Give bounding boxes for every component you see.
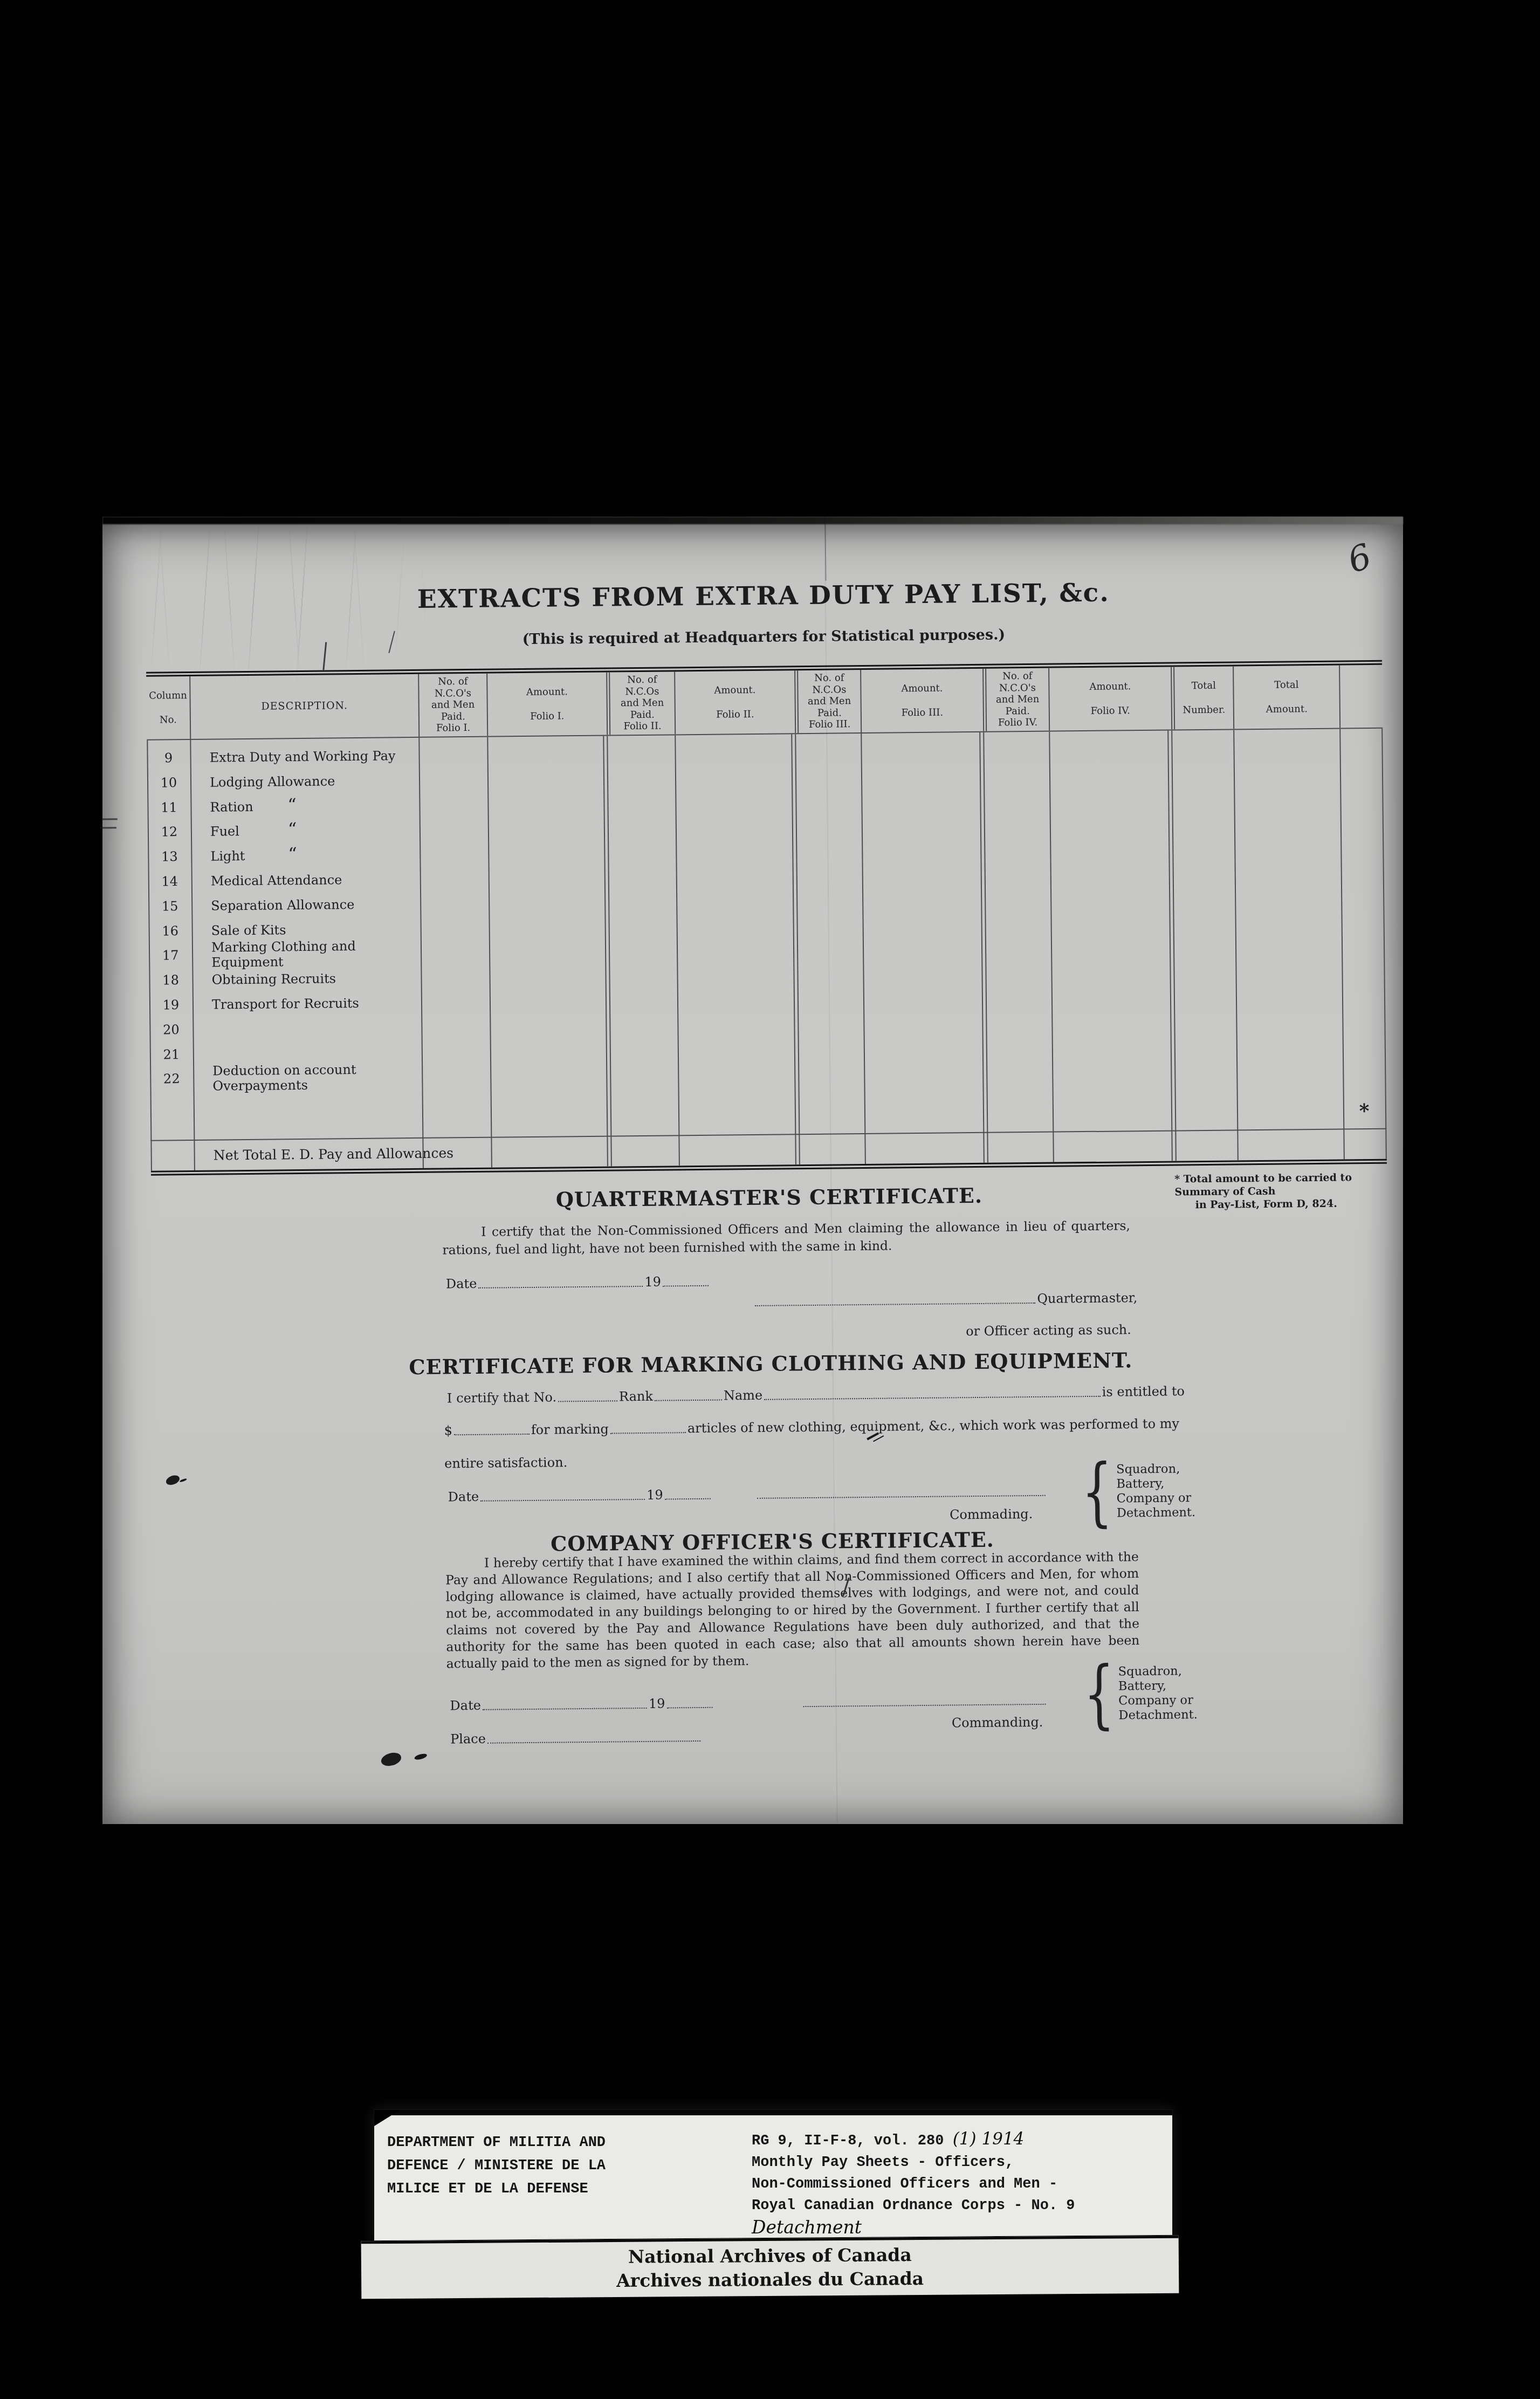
dollar-label: $ [444, 1423, 452, 1438]
row-number: 21 [150, 1047, 193, 1063]
table-row: 15Separation Allowance [148, 892, 420, 919]
row-description-text: Separation Allowance [211, 897, 354, 914]
table-row: 17Marking Clothing and Equipment [149, 941, 421, 968]
marking-line-2: $for markingarticles of new clothing, eq… [444, 1414, 1179, 1438]
table-row: 11Ration“ [147, 793, 419, 820]
table-row: 12Fuel“ [148, 817, 420, 845]
asterisk-mark: * [1343, 1100, 1385, 1123]
document-title: EXTRACTS FROM EXTRA DUTY PAY LIST, &c. [146, 575, 1381, 617]
row-description [192, 1027, 421, 1030]
row-number: 14 [148, 874, 191, 889]
national-archives-band: National Archives of Canada Archives nat… [361, 2236, 1179, 2299]
marking-line-3: entire satisfaction. [444, 1455, 567, 1471]
dollar-fill-line [454, 1421, 530, 1435]
row-description: Light“ [191, 847, 420, 864]
document-subtitle: (This is required at Headquarters for St… [146, 623, 1381, 652]
no-fill-line [558, 1387, 617, 1402]
margin-pen-mark [101, 818, 118, 820]
row-description-text: Light [210, 848, 245, 864]
table-row: 10Lodging Allowance [147, 768, 419, 796]
table-header-row: Column No. DESCRIPTION. No. of N.C.O's a… [146, 660, 1383, 741]
column-header-ncos-folio1: No. of N.C.O's and Men Paid. Folio I. [418, 674, 487, 737]
company-commanding-label: Commanding. [952, 1715, 1043, 1731]
archive-typed-label: DEPARTMENT OF MILITIA AND DEFENCE / MINI… [374, 2110, 1172, 2243]
quartermaster-certificate-body: I certify that the Non-Commissioned Offi… [442, 1217, 1131, 1259]
year-fill-line [666, 1694, 712, 1709]
row-description-text: Extra Duty and Working Pay [209, 748, 395, 765]
table-row: 18Obtaining Recruits [149, 965, 421, 993]
table-row: 19Transport for Recruits [149, 990, 421, 1018]
name-label: Name [724, 1388, 763, 1403]
marking-line-1: I certify that No.RankNameis entitled to [447, 1382, 1185, 1406]
marking-line2-text: articles of new clothing, equipment, &c.… [687, 1416, 1179, 1436]
detachment-handwritten: Detachment [752, 2217, 1075, 2238]
net-total-row: Net Total E. D. Pay and Allowances [150, 1128, 1386, 1171]
row-description-text: Marking Clothing and Equipment [211, 938, 356, 970]
rg-number-typed: RG 9, II-F-8, vol. 280 [752, 2133, 944, 2149]
marking-unit-options: { Squadron, Battery, Company or Detachme… [1073, 1454, 1195, 1529]
column-header-amount-folio2: Amount. Folio II. [674, 670, 795, 734]
company-signature-line [801, 1691, 1047, 1710]
place-fill-line [487, 1728, 700, 1744]
quartermaster-signature-line: Quartermaster, [753, 1288, 1137, 1309]
table-row: 20 [149, 1015, 421, 1043]
marking-date-line: Date19 [448, 1485, 712, 1505]
company-certificate-body: I hereby certify that I have examined th… [445, 1548, 1140, 1672]
entitled-label: is entitled to [1102, 1383, 1185, 1399]
year-fill-line [663, 1272, 709, 1287]
row-description: Transport for Recruits [192, 995, 421, 1012]
ink-blot [380, 1751, 403, 1768]
row-description-text: Ration [210, 799, 253, 815]
table-row: 9Extra Duty and Working Pay [147, 743, 418, 771]
date-label: Date [450, 1698, 481, 1713]
column-header-blank [1339, 665, 1383, 728]
label-line-1: RG 9, II-F-8, vol. 280 (1) 1914 [752, 2128, 1075, 2152]
for-marking-label: for marking [531, 1422, 609, 1437]
table-row: 13Light“ [148, 842, 420, 869]
rank-label: Rank [619, 1389, 653, 1404]
column-header-ncos-folio4: No. of N.C.O's and Men Paid. Folio IV. [982, 668, 1049, 731]
row-description-text: Lodging Allowance [210, 773, 335, 790]
row-number: 15 [148, 899, 191, 914]
row-description: Fuel“ [191, 822, 420, 839]
record-group-label: RG 9, II-F-8, vol. 280 (1) 1914 Monthly … [752, 2128, 1075, 2238]
column-header-amount-folio1: Amount. Folio I. [486, 673, 607, 736]
rank-fill-line [655, 1387, 722, 1401]
company-place-line: Place [450, 1728, 702, 1746]
curly-brace: { [1081, 1455, 1112, 1530]
archives-name-french: Archives nationales du Canada [361, 2265, 1179, 2295]
row-number: 9 [147, 750, 190, 766]
fold-crease-mark [824, 516, 826, 581]
row-description: Extra Duty and Working Pay [190, 748, 418, 765]
quartermaster-date-line: Date19 [446, 1272, 710, 1292]
name-fill-line [764, 1383, 1101, 1400]
year-label: 19 [644, 1274, 661, 1290]
document-content: 6 EXTRACTS FROM EXTRA DUTY PAY LIST, &c.… [96, 510, 1409, 1830]
signature-fill-line [755, 1290, 1035, 1306]
row-number: 22 [150, 1071, 193, 1087]
marking-commanding-label: Commading. [950, 1506, 1033, 1522]
table-body: 9Extra Duty and Working Pay 10Lodging Al… [147, 729, 1387, 1176]
row-number: 20 [149, 1022, 192, 1038]
torn-corner [374, 2110, 400, 2126]
row-number: 19 [149, 997, 192, 1013]
quartermaster-caption: Quartermaster, [1037, 1290, 1137, 1306]
label-line-3: Non-Commissioned Officers and Men - [752, 2174, 1075, 2195]
pay-list-table: Column No. DESCRIPTION. No. of N.C.O's a… [146, 660, 1387, 1176]
date-fill-line [480, 1486, 645, 1502]
row-description: Lodging Allowance [190, 773, 419, 790]
articles-fill-line [610, 1419, 686, 1434]
table-row: 14Medical Attendance [148, 867, 420, 894]
date-label: Date [448, 1489, 479, 1505]
row-number: 10 [147, 775, 190, 791]
company-date-line: Date19 [450, 1694, 714, 1713]
page-number-handwritten: 6 [1343, 537, 1376, 581]
ink-blot [164, 1473, 181, 1486]
signature-fill-line [757, 1482, 1046, 1499]
row-description-text: Fuel [210, 824, 239, 839]
column-header-total-number: Total Number. [1171, 666, 1233, 729]
row-description: Medical Attendance [191, 872, 420, 889]
table-row: 22Deduction on account Overpayments [150, 1064, 422, 1092]
net-total-label: Net Total E. D. Pay and Allowances [194, 1146, 442, 1163]
row-number: 12 [148, 824, 191, 840]
department-label-text: DEPARTMENT OF MILITIA AND DEFENCE / MINI… [387, 2131, 606, 2201]
column-header-description: DESCRIPTION. [189, 674, 418, 739]
marking-certificate-title: CERTIFICATE FOR MARKING CLOTHING AND EQU… [153, 1346, 1388, 1382]
document-page: 6 EXTRACTS FROM EXTRA DUTY PAY LIST, &c.… [102, 517, 1403, 1824]
row-number: 11 [147, 800, 190, 815]
column-header-column-no: Column No. [146, 676, 190, 739]
row-number: 13 [148, 849, 191, 865]
row-description: Sale of Kits [192, 921, 421, 938]
row-description-text: Medical Attendance [211, 872, 342, 888]
row-number: 18 [149, 972, 192, 988]
label-line-4: Royal Canadian Ordnance Corps - No. 9 [752, 2195, 1075, 2217]
year-fill-line [665, 1485, 711, 1500]
year-label: 19 [647, 1488, 663, 1503]
column-header-total-amount: Total Amount. [1233, 666, 1339, 729]
quartermaster-subcaption: or Officer acting as such. [754, 1322, 1131, 1341]
volume-handwritten: (1) 1914 [953, 2129, 1025, 2149]
row-description: Separation Allowance [191, 896, 420, 914]
ditto-mark: “ [288, 844, 296, 864]
date-label: Date [446, 1276, 477, 1292]
place-label: Place [450, 1731, 486, 1747]
label-line-2: Monthly Pay Sheets - Officers, [752, 2152, 1075, 2174]
row-description-text: Deduction on account Overpayments [212, 1062, 356, 1094]
row-description-text: Transport for Recruits [212, 996, 359, 1012]
signature-fill-line [803, 1691, 1046, 1707]
curly-brace: { [1083, 1657, 1115, 1732]
ditto-mark: “ [288, 819, 296, 839]
company-unit-options: { Squadron, Battery, Company or Detachme… [1075, 1656, 1198, 1731]
row-description-text: Obtaining Recruits [211, 971, 336, 987]
row-description [193, 1052, 422, 1054]
column-header-amount-folio3: Amount. Folio III. [860, 669, 983, 732]
marking-signature-line [755, 1482, 1047, 1502]
row-description: Obtaining Recruits [192, 970, 421, 988]
date-fill-line [483, 1695, 647, 1710]
net-total-number-cell [151, 1155, 194, 1156]
row-description-text: Sale of Kits [211, 922, 286, 938]
scanner-background: 6 EXTRACTS FROM EXTRA DUTY PAY LIST, &c.… [0, 0, 1540, 2399]
unit-options-text: Squadron, Battery, Company or Detachment… [1116, 1462, 1195, 1520]
row-number: 16 [149, 923, 192, 939]
certify-no-label: I certify that No. [447, 1390, 556, 1406]
year-label: 19 [649, 1696, 665, 1711]
column-header-ncos-folio2: No. of N.C.Os and Men Paid. Folio II. [606, 671, 675, 735]
column-header-ncos-folio3: No. of N.C.Os and Men Paid. Folio III. [794, 670, 861, 733]
row-number: 17 [149, 948, 192, 963]
date-fill-line [478, 1273, 643, 1288]
unit-options-text: Squadron, Battery, Company or Detachment… [1118, 1664, 1198, 1723]
row-description: Ration“ [190, 798, 419, 815]
column-header-amount-folio4: Amount. Folio IV. [1048, 667, 1171, 731]
row-description: Deduction on account Overpayments [193, 1061, 422, 1094]
ditto-mark: “ [287, 794, 295, 815]
